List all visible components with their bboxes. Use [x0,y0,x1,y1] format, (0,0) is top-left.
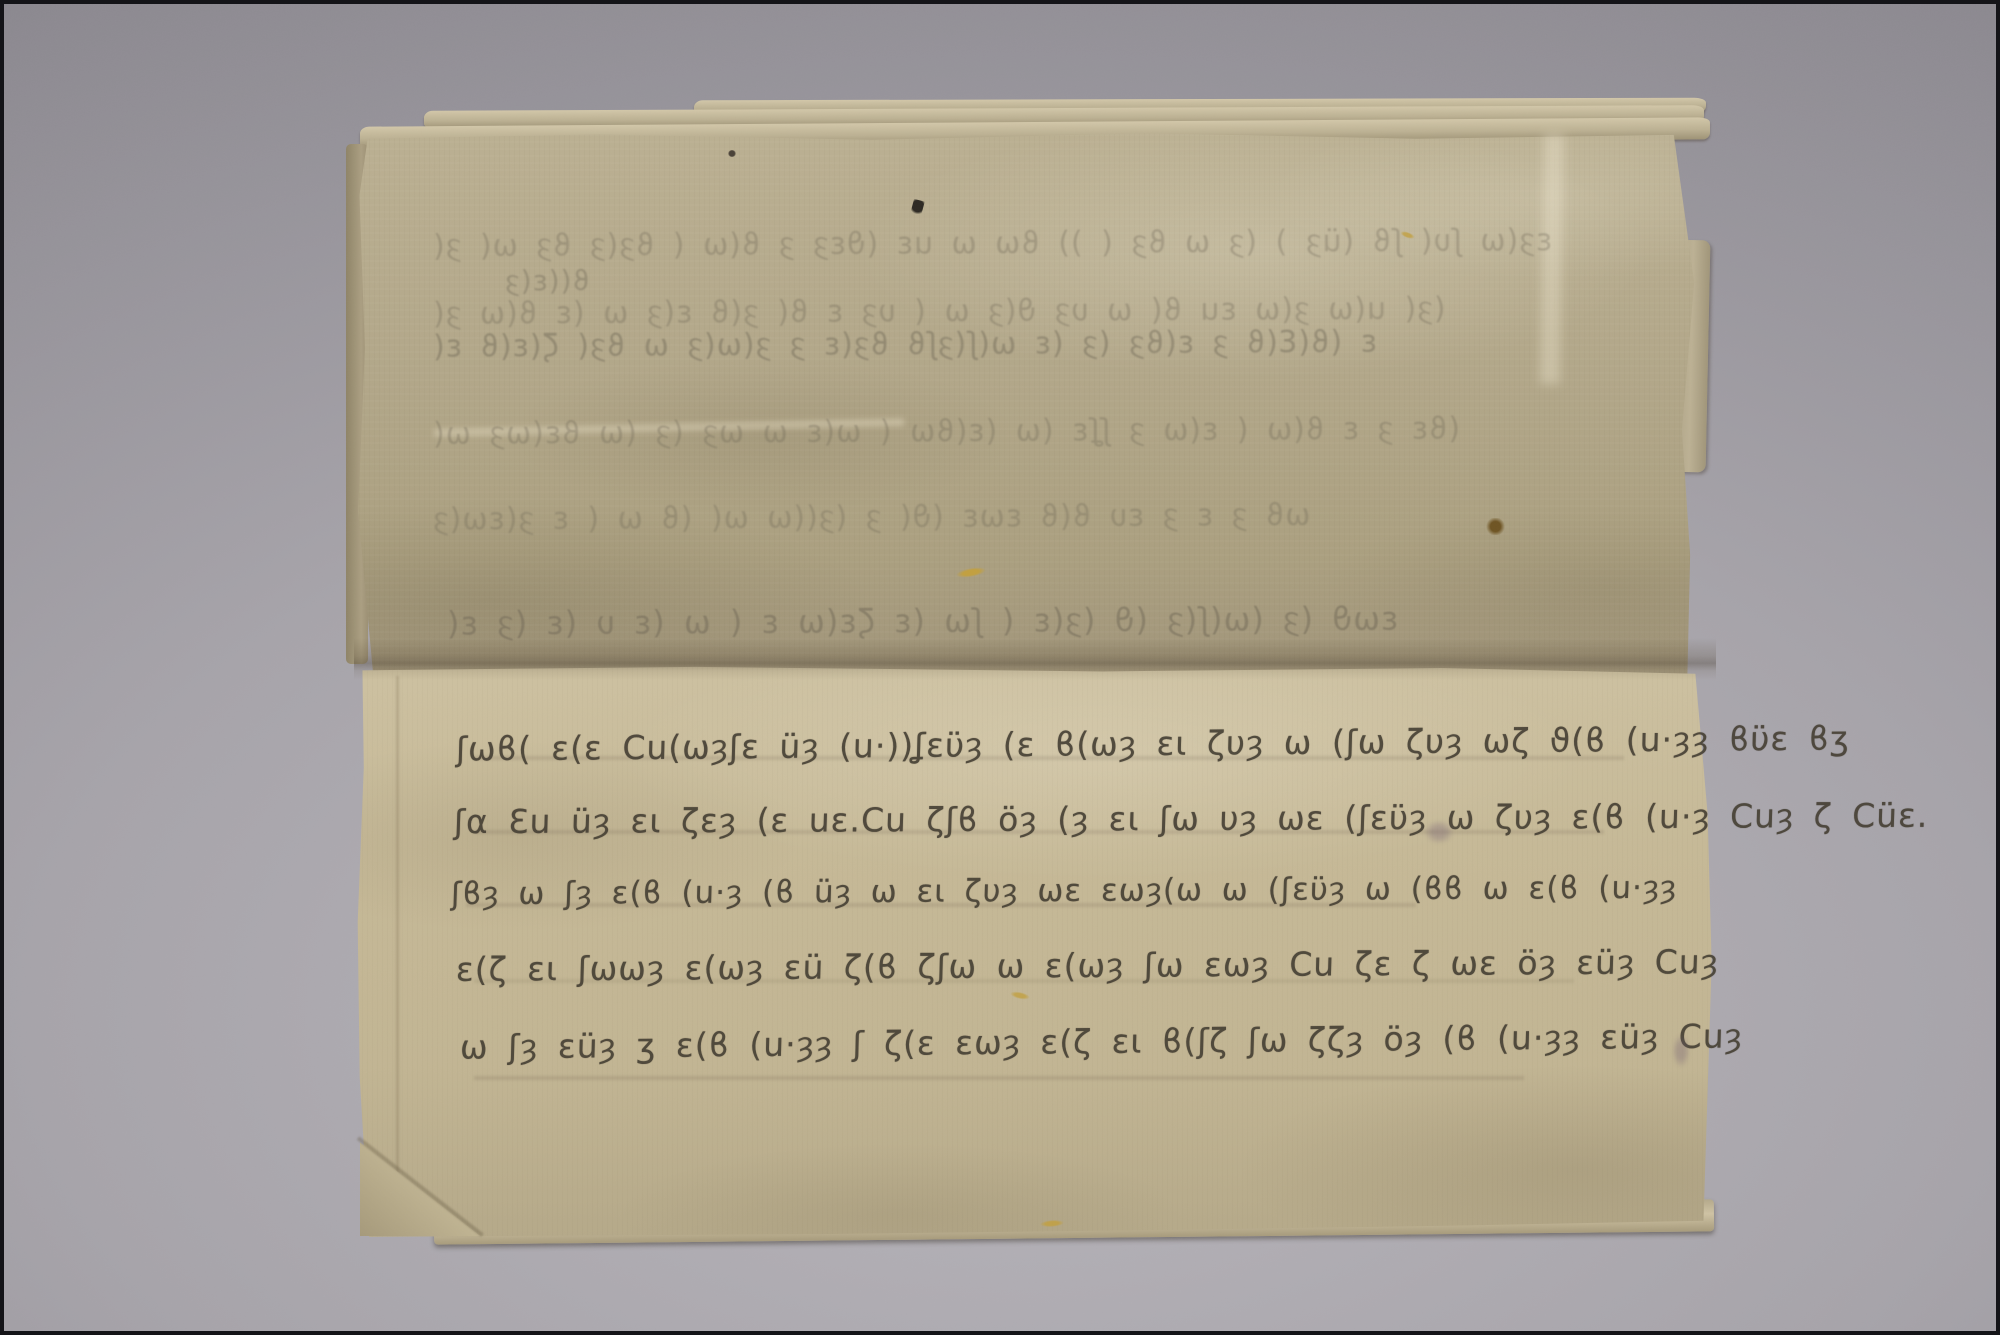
faint-script-line: ωϐ ȝ ɛ ȝ ɛυ ϐ(ϐ ɛωɛ (ϑ( ȝ (ȝ((ω ω( (ϐ ω … [432,498,1310,538]
faint-script-line: ɛ (ϐ(Ɛ(ϐ ȝ ɛ(ϐȝ (ȝ (ɛ ω(ʃ(ȝʃϐ ϐȝ(ɛ ȝ ȝ(ω… [432,325,1377,365]
faint-script-line: ɛȝ(ω ʃυ( ʃϐ (üȝ ) (ȝ ω ϐȝ ( )) ϐω ω uɛ (… [432,223,1552,264]
vertical-crease [396,676,399,1228]
ink-smudge [1424,820,1454,844]
script-line: ɛ(ζ ɛι ʃωωȝ ɛ(ωȝ ɛü ζ(ϐ ζʃω ω ɛ(ωȝ ʃω ɛω… [455,942,1719,989]
faint-script-line: ɛωϑ (ȝ (ω(ʃ(ȝ (ϑ (ȝ(ɛ ( ʃω (ɛ ζɛ(ω ɛ ( ω… [446,600,1398,643]
faint-script-line: ϐ((ɛ(ȝ [504,264,590,297]
ink-smudge [1672,1034,1690,1068]
script-line: ʃα Ɛu üȝ ɛι ζɛȝ (ɛ uɛ.Cu ζʃϐ öȝ (ȝ ɛι ʃω… [453,796,1929,841]
ink-speck [728,150,736,157]
ink-smear [474,1076,1524,1080]
fold-crease-shadow [354,638,1716,680]
script-line: ʃϐȝ ω ʃȝ ɛ(ϐ (u·ȝ (ϐ üȝ ω ɛι ζυȝ ωɛ ɛωȝ(… [450,870,1677,912]
upper-page [354,130,1716,675]
faint-script-line: (ϐɛ ȝ ɛ ϐ(ω ( ɛ(ω ȝ ʃʆɛ (ω (ɛ(ϐω ( ω(ɛ ω… [432,411,1460,451]
brown-stain [1486,518,1505,535]
photo-frame: ɛȝ(ω ʃυ( ʃϐ (üȝ ) (ȝ ω ϐȝ ( )) ϐω ω uɛ (… [0,0,2000,1335]
